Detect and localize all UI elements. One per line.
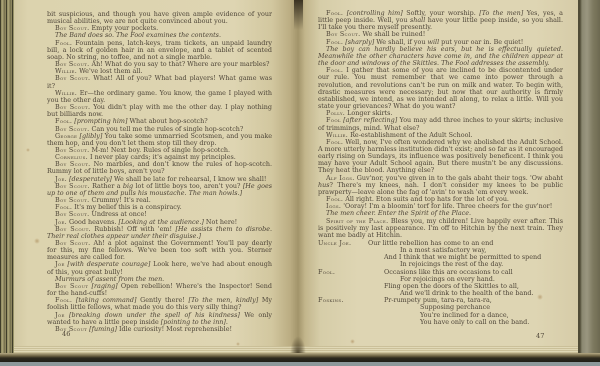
dialogue-paragraph: Fool. Well, now, I've often wondered why… <box>318 139 563 175</box>
cover-edge-bottom <box>0 353 600 362</box>
page-number-right: 47 <box>536 332 544 340</box>
dialogue-paragraph: Boy Scout. Rubbish! Off with 'em! [He as… <box>47 226 272 240</box>
dialogue-paragraph: Fool. [taking command] Gently there! [To… <box>47 297 272 311</box>
dialogue-paragraph: Willie. Er—the ordinary game. You know, … <box>47 90 272 104</box>
open-book-spread: bit suspicious, and though you have give… <box>0 0 600 366</box>
right-page-text: Fool. [controlling him] Softly, your wor… <box>318 10 563 336</box>
dialogue-paragraph: Boy Scout. Ah! a plot against the Govern… <box>47 240 272 261</box>
left-page: bit suspicious, and though you have give… <box>14 0 298 353</box>
right-page: Fool. [controlling him] Softly, your wor… <box>298 0 578 353</box>
verse-line: You have only to call on the band. <box>318 319 563 326</box>
dialogue-paragraph: Fool. Fountain pens, latch-keys, tram ti… <box>47 40 272 61</box>
dialogue-paragraph: Alf Iggs. Guv'nor, you've given in to th… <box>318 175 563 196</box>
dialogue-paragraph: Joe [with desperate courage] Look here, … <box>47 261 272 275</box>
left-page-text: bit suspicious, and though you have give… <box>47 11 272 333</box>
book-gutter-shadow-bottom <box>290 336 306 354</box>
dialogue-paragraph: Fool [after reflecting] You may add thre… <box>318 117 563 131</box>
foxing-spot <box>26 148 30 152</box>
stage-direction: The boy can hardly believe his ears, but… <box>318 46 563 67</box>
dialogue-paragraph: bit suspicious, and though you have give… <box>47 11 272 25</box>
dialogue-paragraph: Boy Scout. No marbles, and don't know th… <box>47 161 272 175</box>
dialogue-paragraph: Boy Scout [fuming] Idle curiosity! Most … <box>47 326 272 333</box>
dialogue-paragraph: Boy Scout. You didn't play with me the o… <box>47 104 272 118</box>
foxing-spot <box>537 294 543 300</box>
page-number-left: 46 <box>62 330 70 338</box>
page-edges-left <box>0 0 14 358</box>
dialogue-paragraph: Fool. [controlling him] Softly, your wor… <box>318 10 563 31</box>
verse-block: Uncle Joe.Our little rebellion has come … <box>318 240 563 326</box>
dialogue-paragraph: Boy Scout. Rather a big lot of little bo… <box>47 183 272 197</box>
dialogue-paragraph: Boy Scout. What! All of you? What bad pl… <box>47 75 272 89</box>
cover-edge-right <box>578 0 600 362</box>
dialogue-paragraph: George [glibly] You take some unmarried … <box>47 133 272 147</box>
foxing-spot <box>34 238 40 244</box>
foxing-spot <box>350 339 355 344</box>
dialogue-paragraph: Fool. I gather that some of you are incl… <box>318 67 563 110</box>
dialogue-paragraph: Spirit of the Place. Bless you, my child… <box>318 218 563 239</box>
dialogue-paragraph: Joe [breaking down under the spell of hi… <box>47 312 272 326</box>
dialogue-paragraph: Boy Scout [raging] Open rebellion! Where… <box>47 283 272 297</box>
book-gutter-shadow-top <box>294 0 303 30</box>
foxing-spot <box>236 342 240 346</box>
